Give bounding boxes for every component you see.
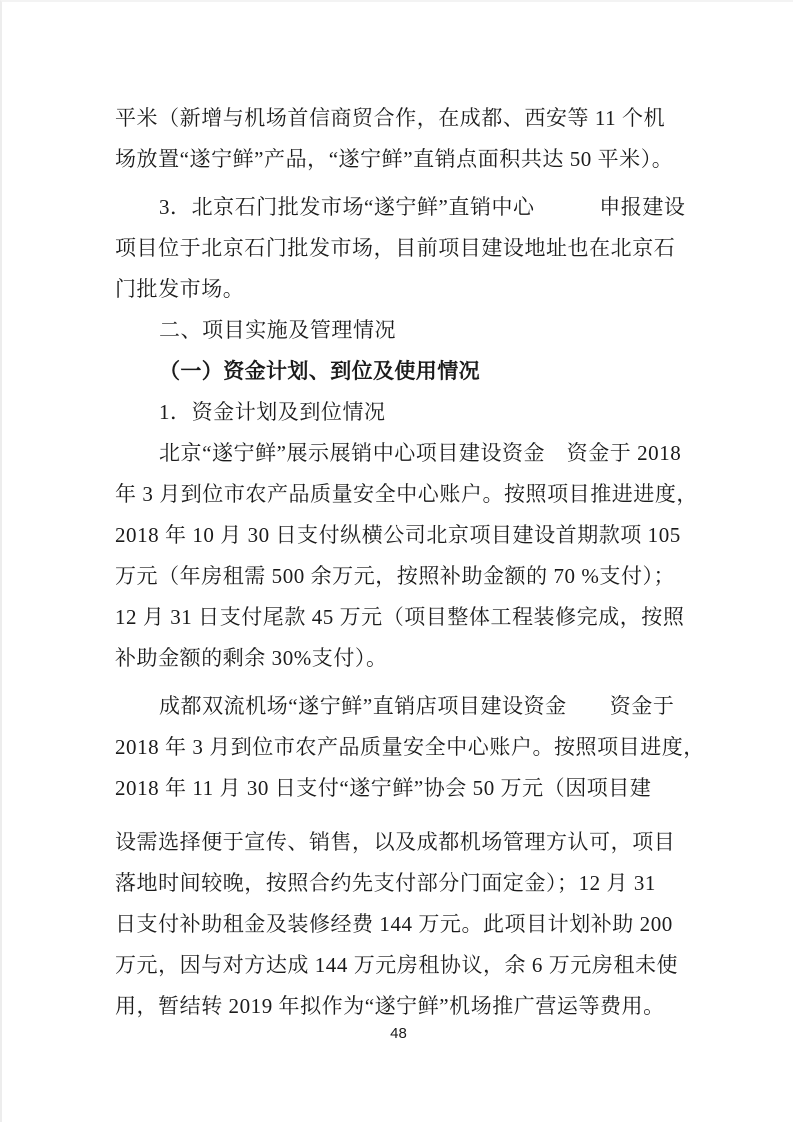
page-number: 48 [2, 1024, 793, 1044]
document-page: 平米（新增与机场首信商贸合作，在成都、西安等 11 个机 场放置“遂宁鲜”产品，… [0, 0, 793, 1122]
paragraph-line: 万元，因与对方达成 144 万元房租协议，余 6 万元房租未使 [115, 945, 681, 986]
paragraph-line: 用，暂结转 2019 年拟作为“遂宁鲜”机场推广营运等费用。 [115, 986, 681, 1027]
paragraph-line: 成都双流机场“遂宁鲜”直销店项目建设资金 资金于 [115, 686, 681, 727]
section-2-heading: 二、项目实施及管理情况 [115, 310, 681, 351]
paragraph-line: 2018 年 10 月 30 日支付纵横公司北京项目建设首期款项 105 [115, 515, 681, 556]
paragraph-line: 北京“遂宁鲜”展示展销中心项目建设资金 资金于 2018 [115, 433, 681, 474]
paragraph-line: 门批发市场。 [115, 269, 681, 310]
document-body: 平米（新增与机场首信商贸合作，在成都、西安等 11 个机 场放置“遂宁鲜”产品，… [115, 98, 681, 1027]
paragraph-line: 年 3 月到位市农产品质量安全中心账户。按照项目推进进度， [115, 474, 681, 515]
paragraph-line: 2018 年 11 月 30 日支付“遂宁鲜”协会 50 万元（因项目建 [115, 768, 681, 809]
paragraph-line: 项目位于北京石门批发市场，目前项目建设地址也在北京石 [115, 228, 681, 269]
subsection-1-heading: （一）资金计划、到位及使用情况 [115, 351, 681, 392]
paragraph-line: 落地时间较晚，按照合约先支付部分门面定金）；12 月 31 [115, 863, 681, 904]
paragraph-line: 12 月 31 日支付尾款 45 万元（项目整体工程装修完成，按照 [115, 597, 681, 638]
paragraph-line: 2018 年 3 月到位市农产品质量安全中心账户。按照项目进度， [115, 727, 681, 768]
point-1-heading: 1．资金计划及到位情况 [115, 392, 681, 433]
paragraph-line: 日支付补助租金及装修经费 144 万元。此项目计划补助 200 [115, 904, 681, 945]
paragraph-line: 补助金额的剩余 30%支付）。 [115, 638, 681, 679]
paragraph-line: 平米（新增与机场首信商贸合作，在成都、西安等 11 个机 [115, 98, 681, 139]
item-3-heading-line: 3．北京石门批发市场“遂宁鲜”直销中心 申报建设 [115, 187, 681, 228]
paragraph-line: 设需选择便于宣传、销售，以及成都机场管理方认可，项目 [115, 822, 681, 863]
paragraph-line: 场放置“遂宁鲜”产品，“遂宁鲜”直销点面积共达 50 平米）。 [115, 139, 681, 180]
paragraph-line: 万元（年房租需 500 余万元，按照补助金额的 70 %支付）； [115, 556, 681, 597]
